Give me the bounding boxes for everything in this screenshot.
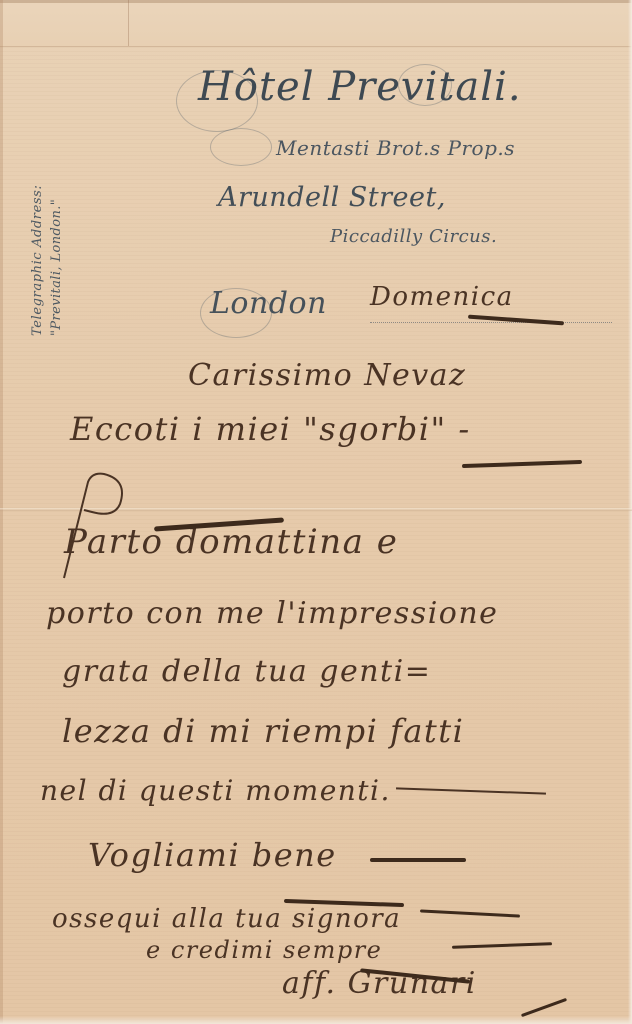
date-dotted-line bbox=[370, 322, 612, 323]
letter-line: porto con me l'impressione bbox=[46, 596, 498, 631]
letter-line: lezza di mi riempi fatti bbox=[62, 712, 464, 750]
area-address: Piccadilly Circus. bbox=[330, 226, 497, 247]
letter-line: nel di questi momenti. bbox=[40, 774, 391, 807]
city-label: London bbox=[210, 286, 327, 321]
street-address: Arundell Street, bbox=[218, 182, 446, 213]
letter-line: Vogliami bene bbox=[88, 836, 337, 874]
greeting: Carissimo Nevaz bbox=[188, 358, 466, 393]
letter-sheet: Hôtel Previtali. Mentasti Brot.s Prop.s … bbox=[0, 0, 632, 1024]
paper-left-edge bbox=[0, 0, 3, 1024]
letter-line: ossequi alla tua signora bbox=[52, 904, 401, 934]
letter-line: Parto domattina e bbox=[64, 522, 398, 562]
date-flourish-stroke bbox=[468, 315, 564, 326]
signature-tail-stroke bbox=[521, 998, 567, 1017]
letter-line: grata della tua genti= bbox=[62, 654, 431, 689]
tail-stroke bbox=[370, 858, 466, 862]
underline-stroke bbox=[462, 460, 582, 468]
paper-top-edge bbox=[0, 0, 632, 3]
handwritten-date: Domenica bbox=[370, 282, 514, 312]
letter-line: e credimi sempre bbox=[146, 936, 382, 964]
telegraphic-value: "Previtali, London." bbox=[49, 185, 64, 336]
paper-top-strip bbox=[0, 0, 632, 47]
letter-line: Eccoti i miei "sgorbi" - bbox=[70, 410, 471, 448]
tail-stroke bbox=[420, 909, 520, 917]
letterhead-flourish bbox=[210, 128, 272, 166]
paper-right-edge bbox=[628, 0, 632, 1024]
telegraphic-label: Telegraphic Address: bbox=[30, 185, 45, 336]
paper-bottom-edge bbox=[0, 1016, 632, 1024]
telegraphic-address: Telegraphic Address: "Previtali, London.… bbox=[30, 185, 64, 336]
proprietors-line: Mentasti Brot.s Prop.s bbox=[276, 136, 515, 160]
top-tear-mark bbox=[128, 0, 129, 46]
tail-stroke bbox=[452, 942, 552, 948]
hotel-name: Hôtel Previtali. bbox=[198, 64, 522, 110]
strike-stroke bbox=[396, 787, 546, 794]
